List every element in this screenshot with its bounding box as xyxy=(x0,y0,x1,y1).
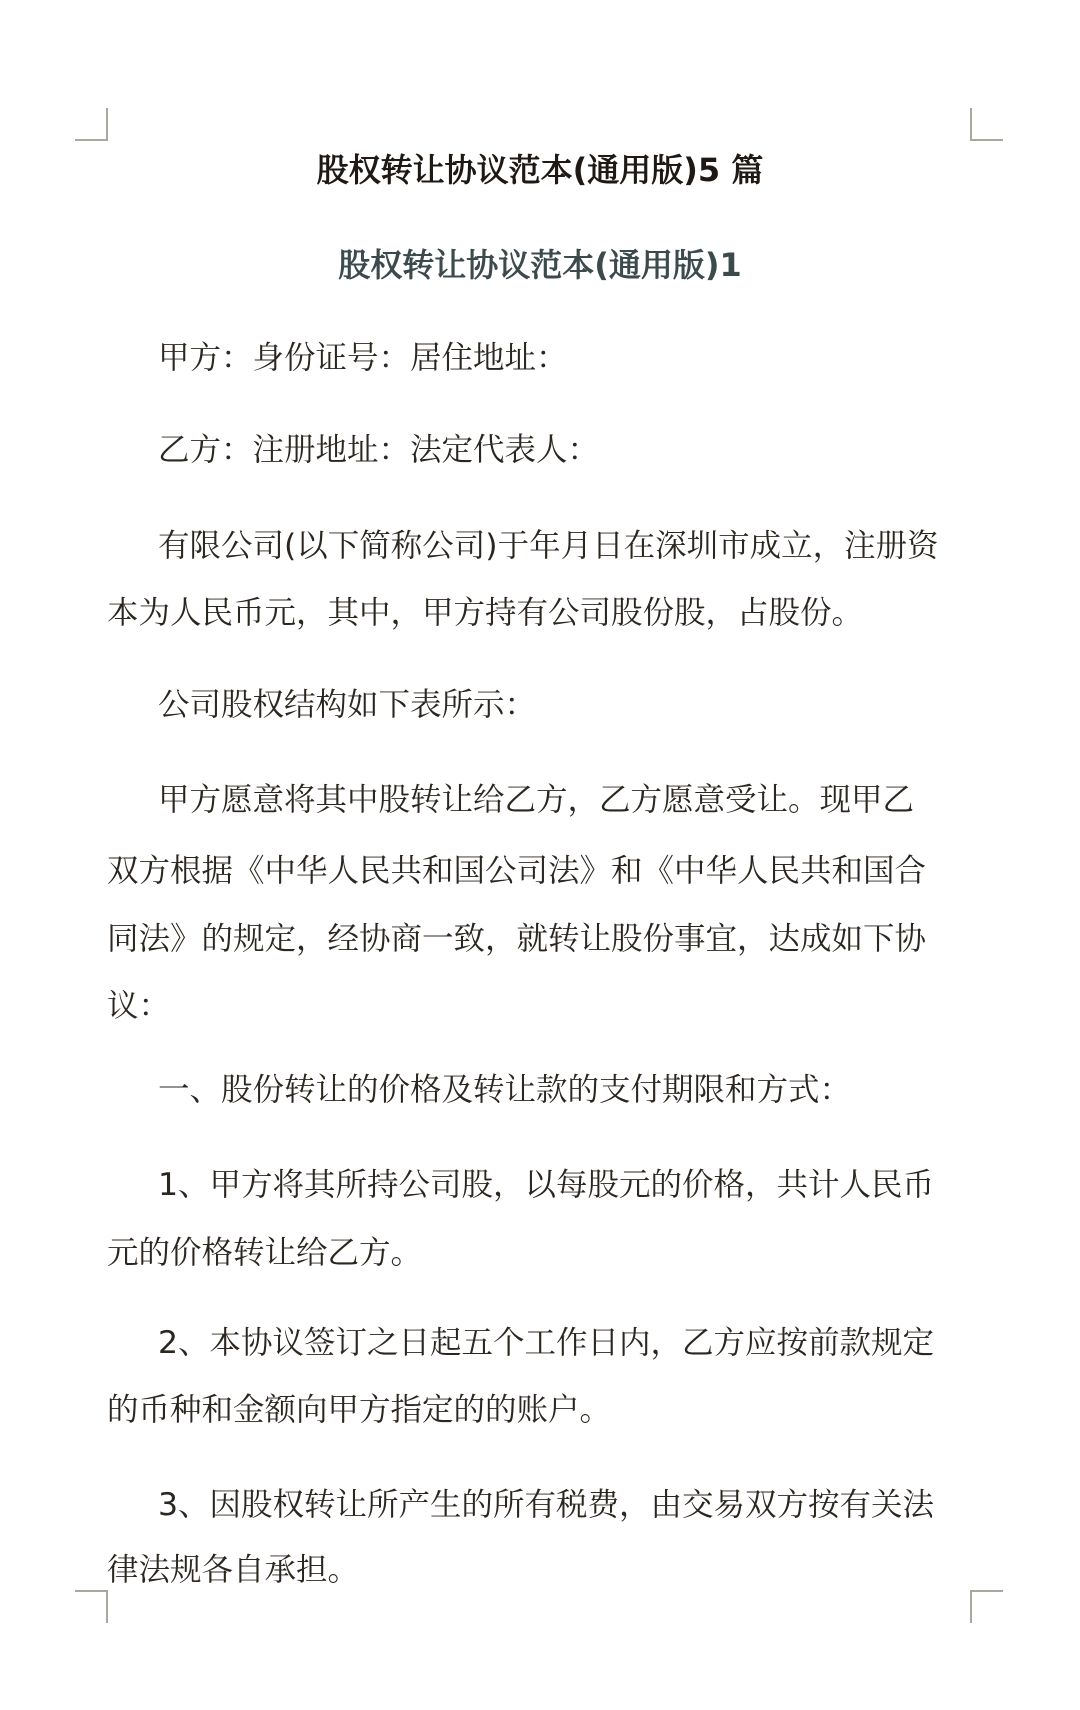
margin-corner-bottom-left xyxy=(75,1590,108,1623)
paragraph-company-line: 本为人民币元，其中，甲方持有公司股份股，占股份。 xyxy=(107,595,863,631)
document-title: 股权转让协议范本(通用版)5 篇 xyxy=(0,152,1080,188)
document-page: 股权转让协议范本(通用版)5 篇 股权转让协议范本(通用版)1 甲方：身份证号：… xyxy=(0,0,1080,1710)
paragraph-agreement-line: 甲方愿意将其中股转让给乙方，乙方愿意受让。现甲乙 xyxy=(158,782,914,818)
party-a-line: 甲方：身份证号：居住地址： xyxy=(158,340,568,376)
clause-2-line: 的币种和金额向甲方指定的的账户。 xyxy=(107,1392,611,1428)
section-one-heading: 一、股份转让的价格及转让款的支付期限和方式： xyxy=(158,1072,851,1108)
clause-1-line: 元的价格转让给乙方。 xyxy=(107,1235,422,1271)
party-b-line: 乙方：注册地址：法定代表人： xyxy=(158,432,599,468)
paragraph-structure-line: 公司股权结构如下表所示： xyxy=(158,687,536,723)
paragraph-company-line: 有限公司(以下简称公司)于年月日在深圳市成立，注册资 xyxy=(158,528,939,564)
clause-3-line: 律法规各自承担。 xyxy=(107,1552,359,1588)
paragraph-agreement-line: 议： xyxy=(107,988,170,1024)
margin-corner-bottom-right xyxy=(970,1590,1003,1623)
margin-corner-top-right xyxy=(970,108,1003,141)
clause-3-line: 3、因股权转让所产生的所有税费，由交易双方按有关法 xyxy=(158,1487,934,1523)
section-heading: 股权转让协议范本(通用版)1 xyxy=(0,247,1080,283)
paragraph-agreement-line: 同法》的规定，经协商一致，就转让股份事宜，达成如下协 xyxy=(107,921,926,957)
clause-2-line: 2、本协议签订之日起五个工作日内，乙方应按前款规定 xyxy=(158,1325,934,1361)
paragraph-agreement-line: 双方根据《中华人民共和国公司法》和《中华人民共和国合 xyxy=(107,853,926,889)
clause-1-line: 1、甲方将其所持公司股，以每股元的价格，共计人民币 xyxy=(158,1167,934,1203)
margin-corner-top-left xyxy=(75,108,108,141)
